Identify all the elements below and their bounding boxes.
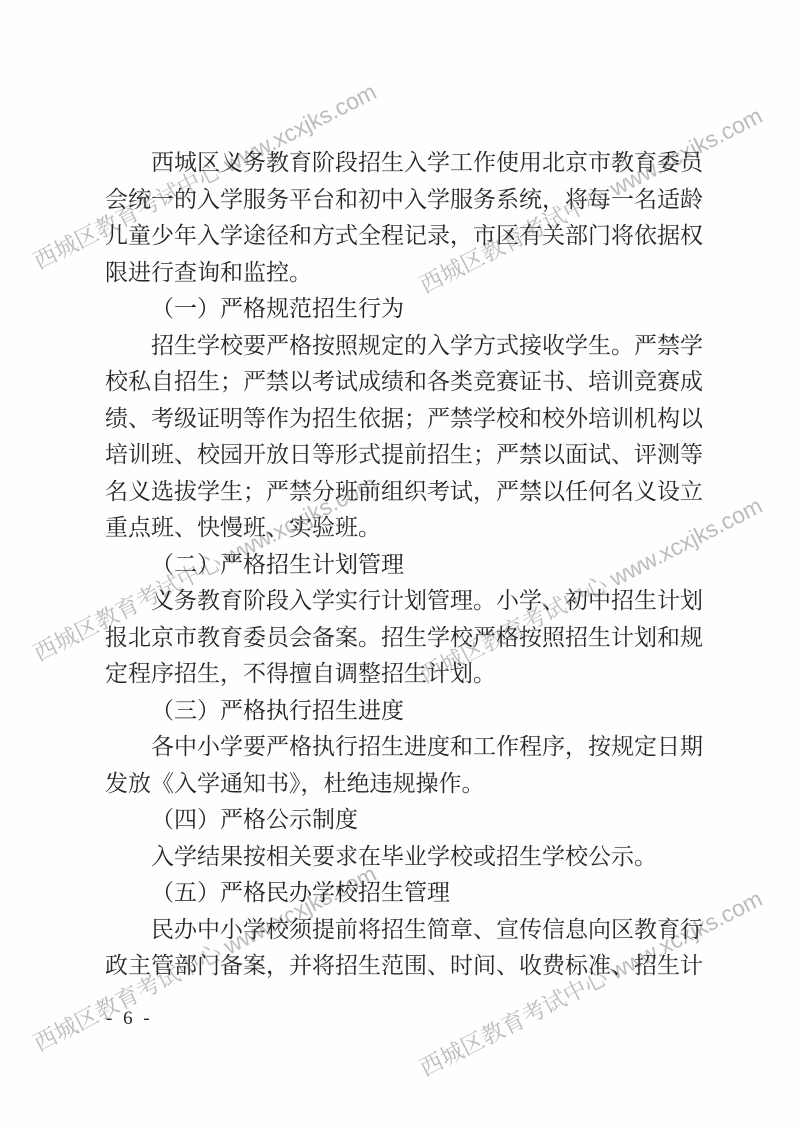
section-heading-5: （五）严格民办学校招生管理 [105, 875, 703, 912]
paragraph-line: 报北京市教育委员会备案。招生学校严格按照招生计划和规 [105, 620, 703, 657]
page-number: - 6 - [106, 1008, 153, 1030]
paragraph-line: 儿童少年入学途径和方式全程记录，市区有关部门将依据权 [105, 218, 703, 255]
section-heading-3: （三）严格执行招生进度 [105, 693, 703, 730]
section-heading-1: （一）严格规范招生行为 [105, 291, 703, 328]
paragraph-line: 发放《入学通知书》，杜绝违规操作。 [105, 766, 703, 803]
paragraph-line: 入学结果按相关要求在毕业学校或招生学校公示。 [105, 839, 703, 876]
paragraph-line: 西城区义务教育阶段招生入学工作使用北京市教育委员 [105, 145, 703, 182]
paragraph-line: 政主管部门备案，并将招生范围、时间、收费标准、招生计 [105, 948, 703, 985]
section-heading-4: （四）严格公示制度 [105, 802, 703, 839]
paragraph-line: 会统一的入学服务平台和初中入学服务系统，将每一名适龄 [105, 182, 703, 219]
paragraph-line: 名义选拔学生；严禁分班前组织考试，严禁以任何名义设立 [105, 474, 703, 511]
document-body: 西城区义务教育阶段招生入学工作使用北京市教育委员 会统一的入学服务平台和初中入学… [105, 145, 703, 985]
paragraph-line: 培训班、校园开放日等形式提前招生；严禁以面试、评测等 [105, 437, 703, 474]
paragraph-line: 义务教育阶段入学实行计划管理。小学、初中招生计划 [105, 583, 703, 620]
paragraph-line: 限进行查询和监控。 [105, 255, 703, 292]
section-heading-2: （二）严格招生计划管理 [105, 547, 703, 584]
paragraph-line: 各中小学要严格执行招生进度和工作程序，按规定日期 [105, 729, 703, 766]
paragraph-line: 校私自招生；严禁以考试成绩和各类竞赛证书、培训竞赛成 [105, 364, 703, 401]
paragraph-line: 民办中小学校须提前将招生简章、宣传信息向区教育行 [105, 912, 703, 949]
paragraph-line: 定程序招生，不得擅自调整招生计划。 [105, 656, 703, 693]
paragraph-line: 招生学校要严格按照规定的入学方式接收学生。严禁学 [105, 328, 703, 365]
paragraph-line: 重点班、快慢班、实验班。 [105, 510, 703, 547]
document-page: 西城区教育考试中心 www.xcxjks.com 西城区教育考试中心 www.x… [0, 0, 800, 1131]
paragraph-line: 绩、考级证明等作为招生依据；严禁学校和校外培训机构以 [105, 401, 703, 438]
